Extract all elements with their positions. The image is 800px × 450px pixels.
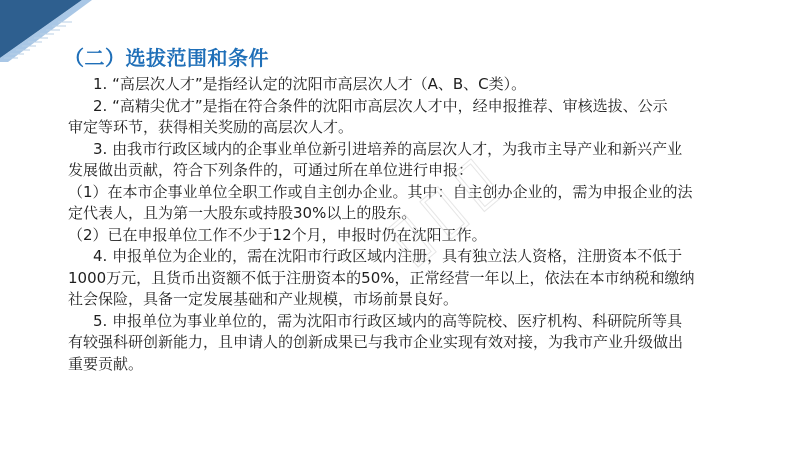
body-line: 审定等环节，获得相关奖励的高层次人才。 (68, 117, 748, 139)
body-line: 有较强科研创新能力，且申请人的创新成果已与我市企业实现有效对接，为我市产业升级做… (68, 332, 748, 354)
body-line: 2. “高精尖优才”是指在符合条件的沈阳市高层次人才中，经申报推荐、审核选拔、公… (68, 96, 748, 118)
body-line: 社会保险，具备一定发展基础和产业规模，市场前景良好。 (68, 289, 748, 311)
body-line: 4. 申报单位为企业的，需在沈阳市行政区域内注册，具有独立法人资格，注册资本不低… (68, 246, 748, 268)
body-line: 5. 申报单位为事业单位的，需为沈阳市行政区域内的高等院校、医疗机构、科研院所等… (68, 311, 748, 333)
body-line: （2）已在申报单位工作不少于12个月，申报时仍在沈阳工作。 (68, 225, 748, 247)
body-line: 1000万元，且货币出资额不低于注册资本的50%，正常经营一年以上，依法在本市纳… (68, 268, 748, 290)
slide-title: （二）选拔范围和条件 (64, 42, 269, 71)
body-line: 3. 由我市行政区域内的企事业单位新引进培养的高层次人才，为我市主导产业和新兴产… (68, 139, 748, 161)
body-line: 发展做出贡献，符合下列条件的，可通过所在单位进行申报： (68, 160, 748, 182)
slide-body: 1. “高层次人才”是指经认定的沈阳市高层次人才（A、B、C类）。 2. “高精… (68, 74, 748, 375)
body-line: 重要贡献。 (68, 354, 748, 376)
body-line: （1）在本市企事业单位全职工作或自主创办企业。其中：自主创办企业的，需为申报企业… (68, 182, 748, 204)
body-line: 定代表人，且为第一大股东或持股30%以上的股东。 (68, 203, 748, 225)
body-line: 1. “高层次人才”是指经认定的沈阳市高层次人才（A、B、C类）。 (68, 74, 748, 96)
